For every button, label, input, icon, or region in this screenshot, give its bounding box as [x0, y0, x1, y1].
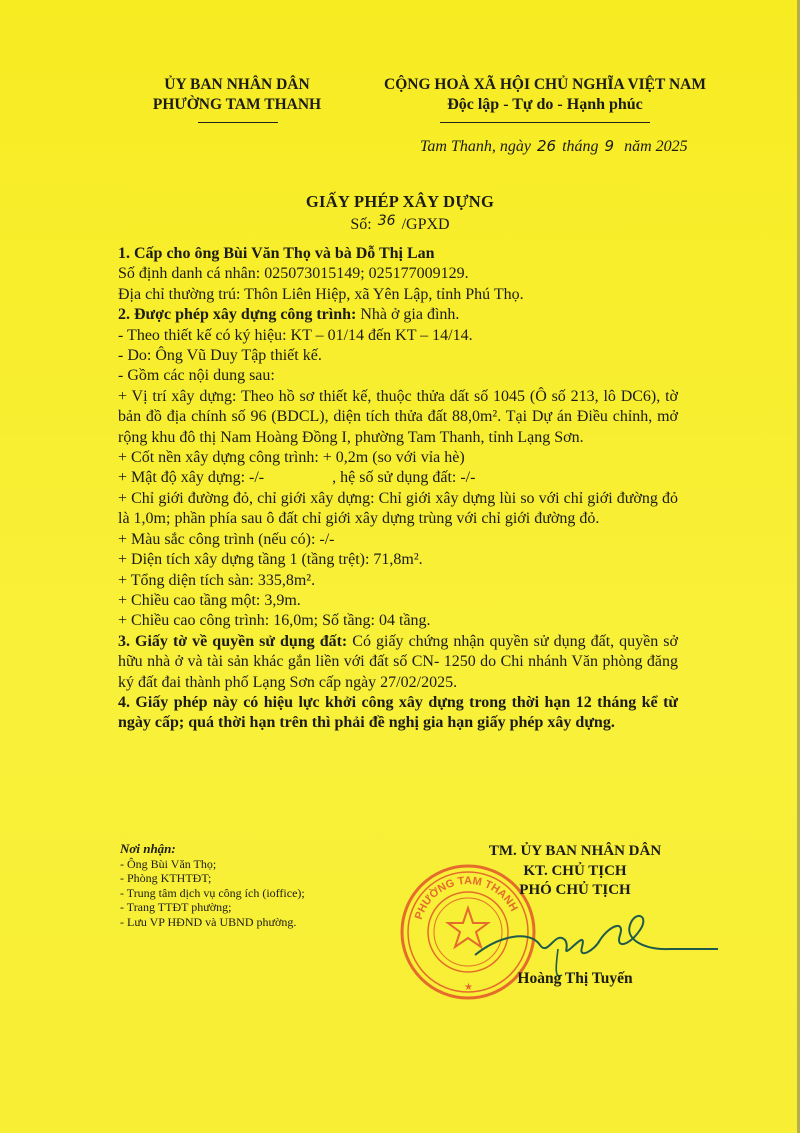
- building-height: + Chiều cao công trình: 16,0m; Số tầng: …: [118, 611, 678, 631]
- permanent-address: Địa chỉ thường trú: Thôn Liên Hiệp, xã Y…: [118, 285, 678, 305]
- authority-line-2: PHƯỜNG TAM THANH: [122, 95, 352, 115]
- recipients-heading: Nơi nhận:: [120, 842, 305, 857]
- date-line: Tam Thanh, ngày26tháng9 năm 2025: [420, 137, 688, 156]
- authority-line-1: ỦY BAN NHÂN DÂN: [122, 75, 352, 95]
- recipient-item: - Phòng KTHTĐT;: [120, 871, 305, 886]
- section3: 3. Giấy tờ về quyền sử dụng đất: Có giấy…: [118, 632, 678, 693]
- section2-heading-bold: 2. Được phép xây dựng công trình:: [118, 306, 356, 323]
- boundary-lines: + Chỉ giới đường đỏ, chỉ giới xây dựng: …: [118, 489, 678, 530]
- number-value: 36: [372, 213, 402, 229]
- date-year: năm 2025: [624, 138, 688, 155]
- land-use-coefficient: , hệ số sử dụng đất: -/-: [332, 469, 475, 486]
- designer: - Do: Ông Vũ Duy Tập thiết kế.: [118, 346, 678, 366]
- recipient-item: - Lưu VP HĐND và UBND phường.: [120, 915, 305, 930]
- sign-line-1: TM. ỦY BAN NHÂN DÂN: [440, 842, 710, 862]
- recipient-item: - Ông Bùi Văn Thọ;: [120, 857, 305, 872]
- authority-underline: [198, 122, 278, 123]
- id-numbers: Số định danh cá nhân: 025073015149; 0251…: [118, 264, 678, 284]
- document-title: GIẤY PHÉP XÂY DỰNG: [0, 192, 800, 212]
- section4: 4. Giấy phép này có hiệu lực khởi công x…: [118, 693, 678, 734]
- date-month: 9: [599, 137, 621, 155]
- recipient-item: - Trang TTĐT phường;: [120, 900, 305, 915]
- section1-heading: 1. Cấp cho ông Bùi Văn Thọ và bà Dỗ Thị …: [118, 244, 678, 264]
- date-place: Tam Thanh, ngày: [420, 138, 531, 155]
- sign-line-3: PHÓ CHỦ TỊCH: [440, 881, 710, 901]
- density-label: + Mật độ xây dựng: -/-: [118, 469, 264, 486]
- number-label: Số:: [350, 216, 371, 233]
- design-code: - Theo thiết kế có ký hiệu: KT – 01/14 đ…: [118, 326, 678, 346]
- contents-intro: - Gồm các nội dung sau:: [118, 366, 678, 386]
- document-page: ỦY BAN NHÂN DÂN PHƯỜNG TAM THANH CỘNG HO…: [0, 0, 800, 1133]
- sign-line-2: KT. CHỦ TỊCH: [440, 862, 710, 882]
- issuing-authority: ỦY BAN NHÂN DÂN PHƯỜNG TAM THANH: [122, 75, 352, 115]
- motto: Độc lập - Tự do - Hạnh phúc: [360, 95, 730, 115]
- floor1-height: + Chiều cao tầng một: 3,9m.: [118, 591, 678, 611]
- date-day: 26: [531, 137, 562, 155]
- construction-location: + Vị trí xây dựng: Theo hồ sơ thiết kế, …: [118, 387, 678, 448]
- motto-underline: [440, 122, 650, 123]
- number-suffix: /GPXD: [402, 216, 450, 233]
- foundation-level: + Cốt nền xây dựng công trình: + 0,2m (s…: [118, 448, 678, 468]
- section3-heading: 3. Giấy tờ về quyền sử dụng đất:: [118, 633, 347, 650]
- date-month-label: tháng: [562, 138, 598, 155]
- total-floor-area: + Tổng diện tích sàn: 335,8m².: [118, 571, 678, 591]
- recipient-item: - Trung tâm dịch vụ công ích (ioffice);: [120, 886, 305, 901]
- section2-heading: 2. Được phép xây dựng công trình: Nhà ở …: [118, 305, 678, 325]
- national-motto: CỘNG HOÀ XÃ HỘI CHỦ NGHĨA VIỆT NAM Độc l…: [360, 75, 730, 115]
- signature-block: TM. ỦY BAN NHÂN DÂN KT. CHỦ TỊCH PHÓ CHỦ…: [440, 842, 710, 901]
- document-number: Số:36/GPXD: [0, 216, 800, 234]
- section2-heading-rest: Nhà ở gia đình.: [356, 306, 459, 323]
- document-body: 1. Cấp cho ông Bùi Văn Thọ và bà Dỗ Thị …: [118, 244, 678, 734]
- building-density: + Mật độ xây dựng: -/-, hệ số sử dụng đấ…: [118, 468, 678, 488]
- floor1-area: + Diện tích xây dựng tầng 1 (tầng trệt):…: [118, 550, 678, 570]
- recipients: Nơi nhận: - Ông Bùi Văn Thọ; - Phòng KTH…: [120, 842, 305, 929]
- building-color: + Màu sắc công trình (nếu có): -/-: [118, 530, 678, 550]
- country-name: CỘNG HOÀ XÃ HỘI CHỦ NGHĨA VIỆT NAM: [360, 75, 730, 95]
- signer-name: Hoàng Thị Tuyến: [440, 970, 710, 988]
